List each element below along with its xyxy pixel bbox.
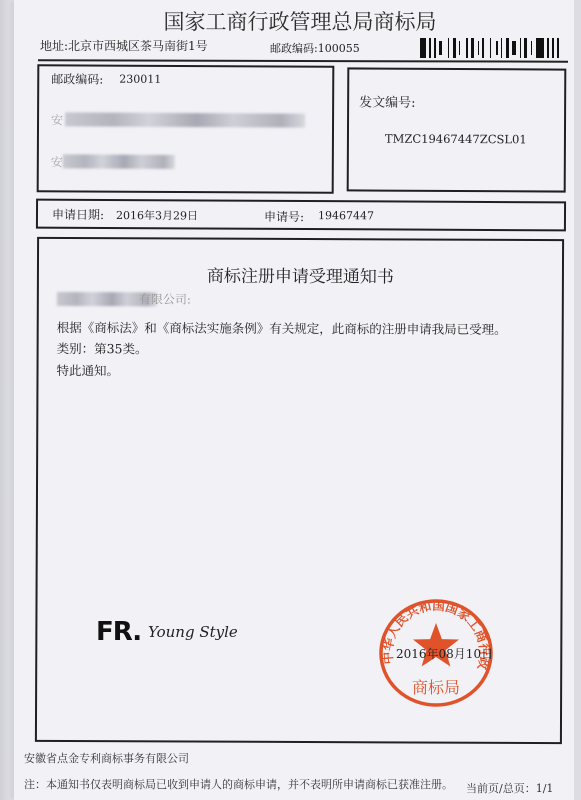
recipient-postcode-label: 邮政编码:: [51, 70, 103, 87]
notice-category: 类别：第35类。: [57, 339, 148, 357]
footer-note: 注：本通知书仅表明商标局已收到申请人的商标申请，并不表明所申请商标已获准注册。: [24, 776, 453, 792]
barcode-icon: [420, 38, 565, 58]
notice-title: 商标注册申请受理通知书: [39, 261, 562, 288]
doc-number-box: 发文编号: TMZC19467447ZCSL01: [347, 67, 567, 192]
notice-closing: 特此通知。: [56, 361, 119, 379]
application-date-value: 2016年3月29日: [116, 207, 198, 223]
issuer-postcode: 邮政编码:100055: [270, 40, 360, 56]
seal-date: 2016年08月10日: [396, 645, 493, 662]
recipient-postcode-value: 230011: [119, 73, 161, 86]
doc-number-value: TMZC19467447ZCSL01: [385, 132, 527, 147]
recipient-address-prefix: 安: [51, 111, 63, 128]
redacted-recipient-name: [63, 154, 175, 169]
application-info-box: 申请日期: 2016年3月29日 申请号: 19467447: [36, 199, 566, 232]
addressee-suffix: 有限公司:: [139, 290, 191, 307]
application-number-value: 19467447: [318, 209, 374, 222]
notice-body: 根据《商标法》和《商标法实施条例》有关规定，此商标的注册申请我局已受理。: [57, 318, 507, 338]
recipient-name-prefix: 安: [51, 153, 63, 170]
recipient-box: 邮政编码: 230011 安 安: [37, 64, 335, 194]
doc-number-label: 发文编号:: [359, 91, 415, 110]
seal-center-text: 商标局: [412, 678, 460, 697]
trademark-logo: FR.: [96, 617, 141, 647]
redacted-address: [65, 112, 305, 127]
page-indicator: 当前页/总页：1/1: [466, 780, 553, 796]
trademark-logo-script: Young Style: [148, 623, 238, 641]
issuer-title: 国家工商行政管理总局商标局: [150, 6, 450, 36]
agency-name: 安徽省点金专利商标事务有限公司: [24, 750, 189, 766]
issuer-address: 地址:北京市西城区茶马南街1号: [40, 37, 208, 54]
application-date-label: 申请日期:: [52, 206, 104, 223]
application-number-label: 申请号:: [264, 208, 304, 225]
